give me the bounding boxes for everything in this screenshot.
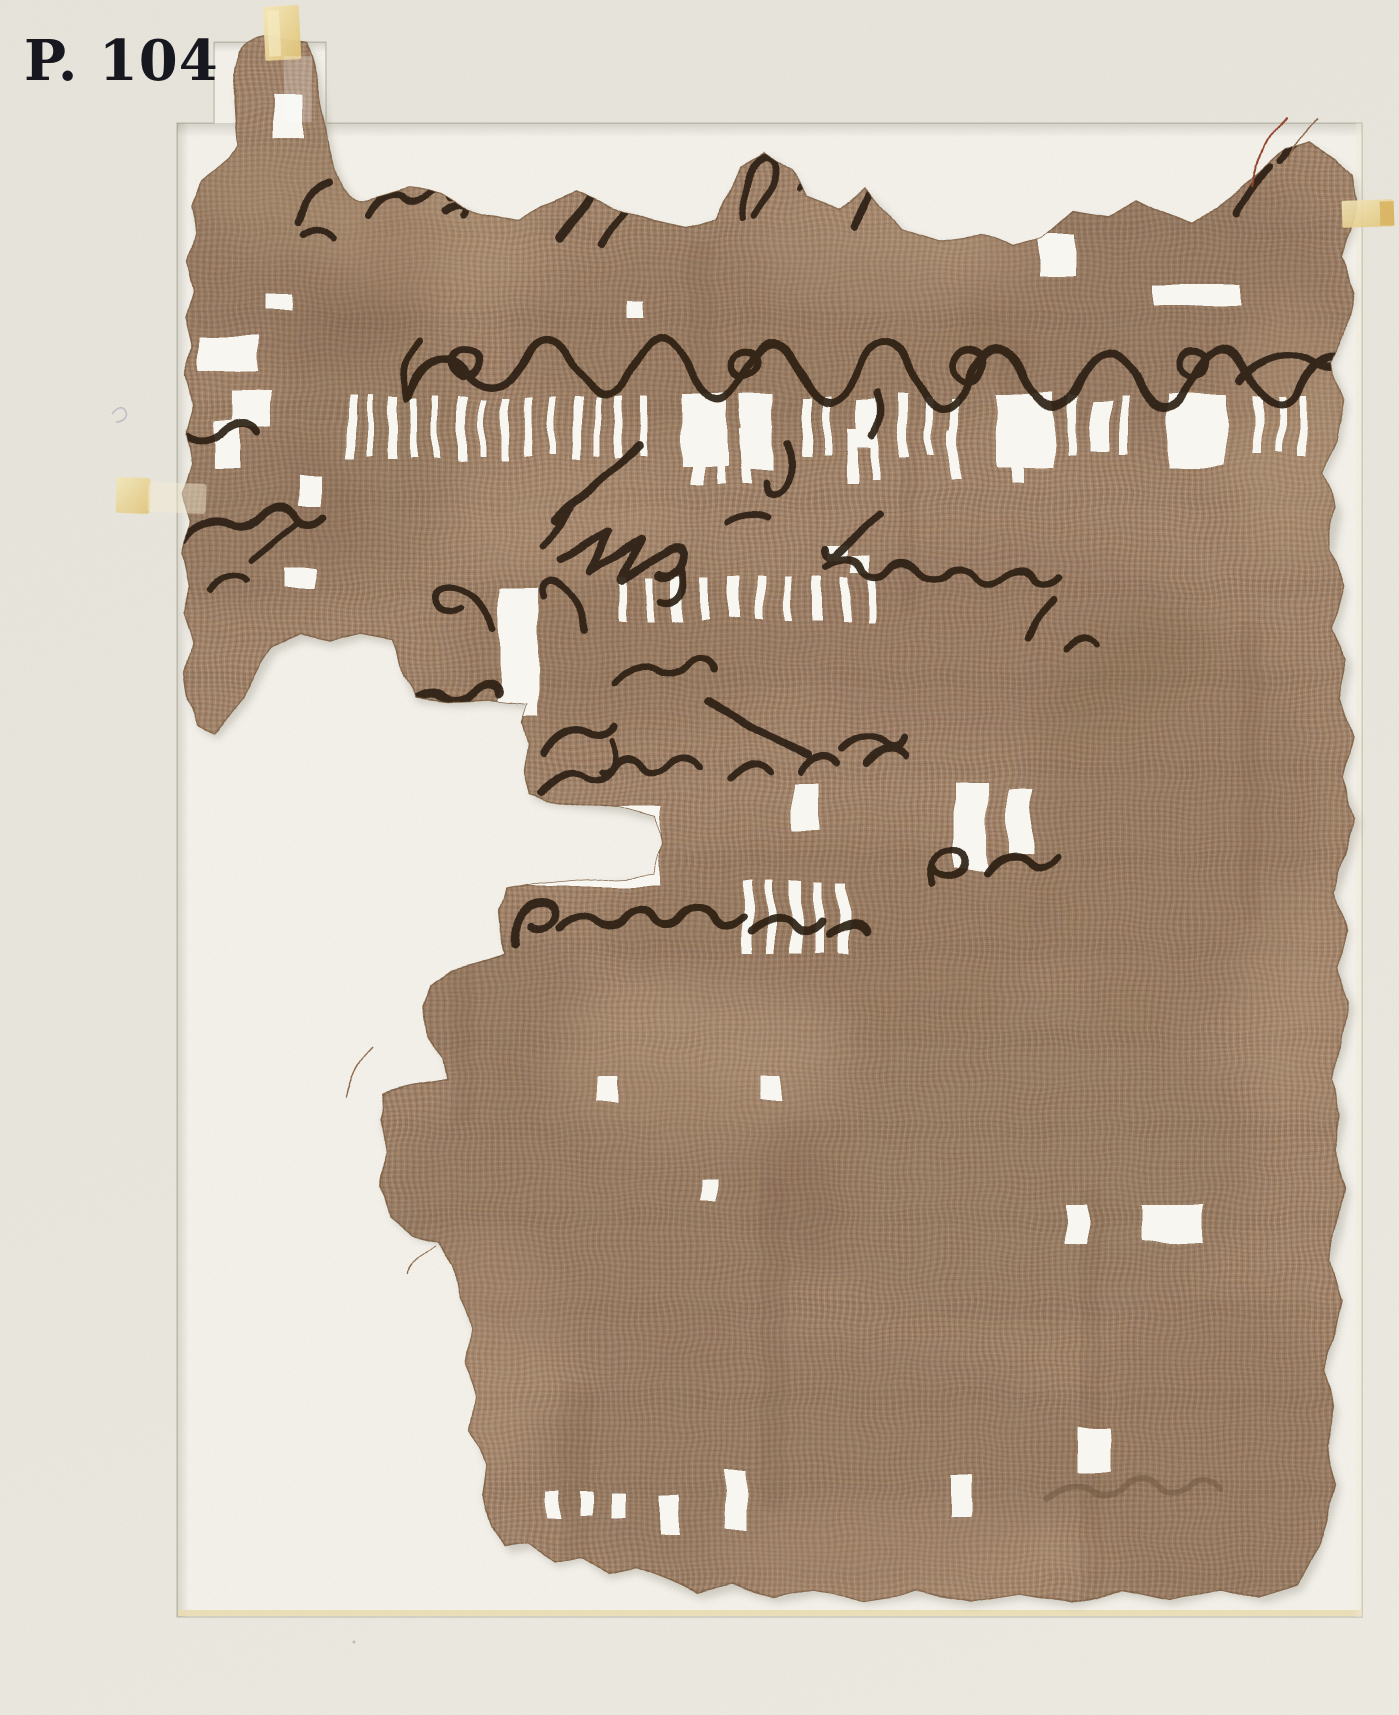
- tape-top: [263, 5, 302, 61]
- scan-image: [0, 0, 1399, 1715]
- window-top-shadow: [177, 123, 1362, 137]
- tape-top-film: [284, 56, 312, 122]
- window-left-shadow: [177, 123, 189, 1617]
- tape-right: [1342, 199, 1395, 228]
- window-right-bevel: [1356, 123, 1362, 1617]
- window-bottom-bevel: [178, 1610, 1362, 1616]
- scan: P. 104: [0, 0, 1399, 1715]
- catalog-label: P. 104: [24, 28, 219, 94]
